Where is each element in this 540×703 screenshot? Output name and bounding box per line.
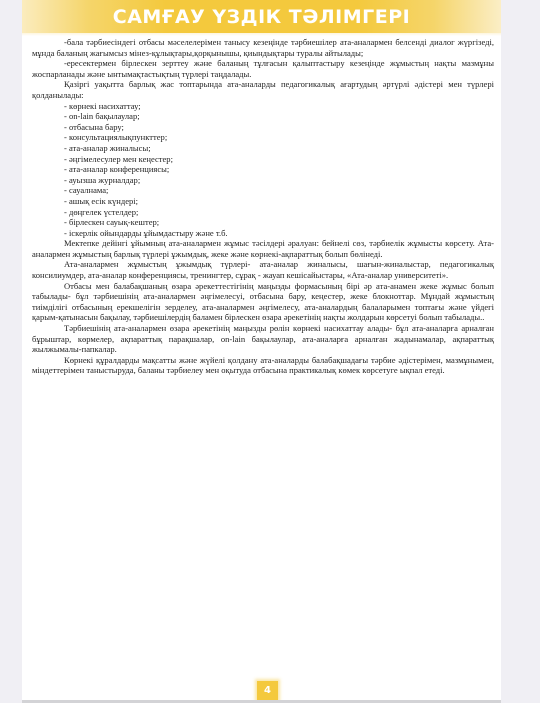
list-item: - ашық есік күндері; <box>64 196 494 207</box>
paragraph-child-problems-stage: -бала тәрбиесіндегі отбасы мәселелерімен… <box>32 37 494 58</box>
document-page: САМҒАУ ҮЗДІК ТӘЛІМГЕРІ -бала тәрбиесінде… <box>22 0 501 700</box>
article-body: -бала тәрбиесіндегі отбасы мәселелерімен… <box>32 37 494 376</box>
list-item: - ата-аналар конференциясы; <box>64 164 494 175</box>
paragraph-individual-work: Отбасы мен балабақшаның өзара әрекеттест… <box>32 281 494 323</box>
paragraph-methods-intro: Қазіргі уақытта барлық жас топтарында ат… <box>32 79 494 100</box>
list-item: - on-lain бақылаулар; <box>64 111 494 122</box>
paragraph-joint-research-stage: -ересектермен бірлескен зерттеу және бал… <box>32 58 494 79</box>
list-item: - әңгімелесулер мен кеңестер; <box>64 154 494 165</box>
list-item: - консультациялықпункттер; <box>64 132 494 143</box>
list-item: - іскерлік ойындарды ұйымдастыру және т.… <box>64 228 494 239</box>
list-item: - ауызша журналдар; <box>64 175 494 186</box>
list-item: - сауалнама; <box>64 185 494 196</box>
page-number-badge: 4 <box>257 681 278 700</box>
list-item: - отбасына бару; <box>64 122 494 133</box>
page-title: САМҒАУ ҮЗДІК ТӘЛІМГЕРІ <box>113 6 411 28</box>
methods-list: - көрнекі насихаттау; - on-lain бақылаул… <box>32 101 494 239</box>
paragraph-visual-aids: Көрнекі құралдарды мақсатты және жүйелі … <box>32 355 494 376</box>
list-item: - бірлескен сауық-кештер; <box>64 217 494 228</box>
paragraph-collective-forms: Ата-аналармен жұмыстың ұжымдық түрлері- … <box>32 259 494 280</box>
list-item: - көрнекі насихаттау; <box>64 101 494 112</box>
list-item: - ата-аналар жиналысы; <box>64 143 494 154</box>
header-divider <box>22 33 501 36</box>
paragraph-visual-propaganda: Тәрбиешінің ата-аналармен өзара әрекетін… <box>32 323 494 355</box>
list-item: - дөңгелек үстелдер; <box>64 207 494 218</box>
header-banner: САМҒАУ ҮЗДІК ТӘЛІМГЕРІ <box>22 0 501 33</box>
paragraph-work-approaches: Мектепке дейінгі ұйымның ата-аналармен ж… <box>32 238 494 259</box>
